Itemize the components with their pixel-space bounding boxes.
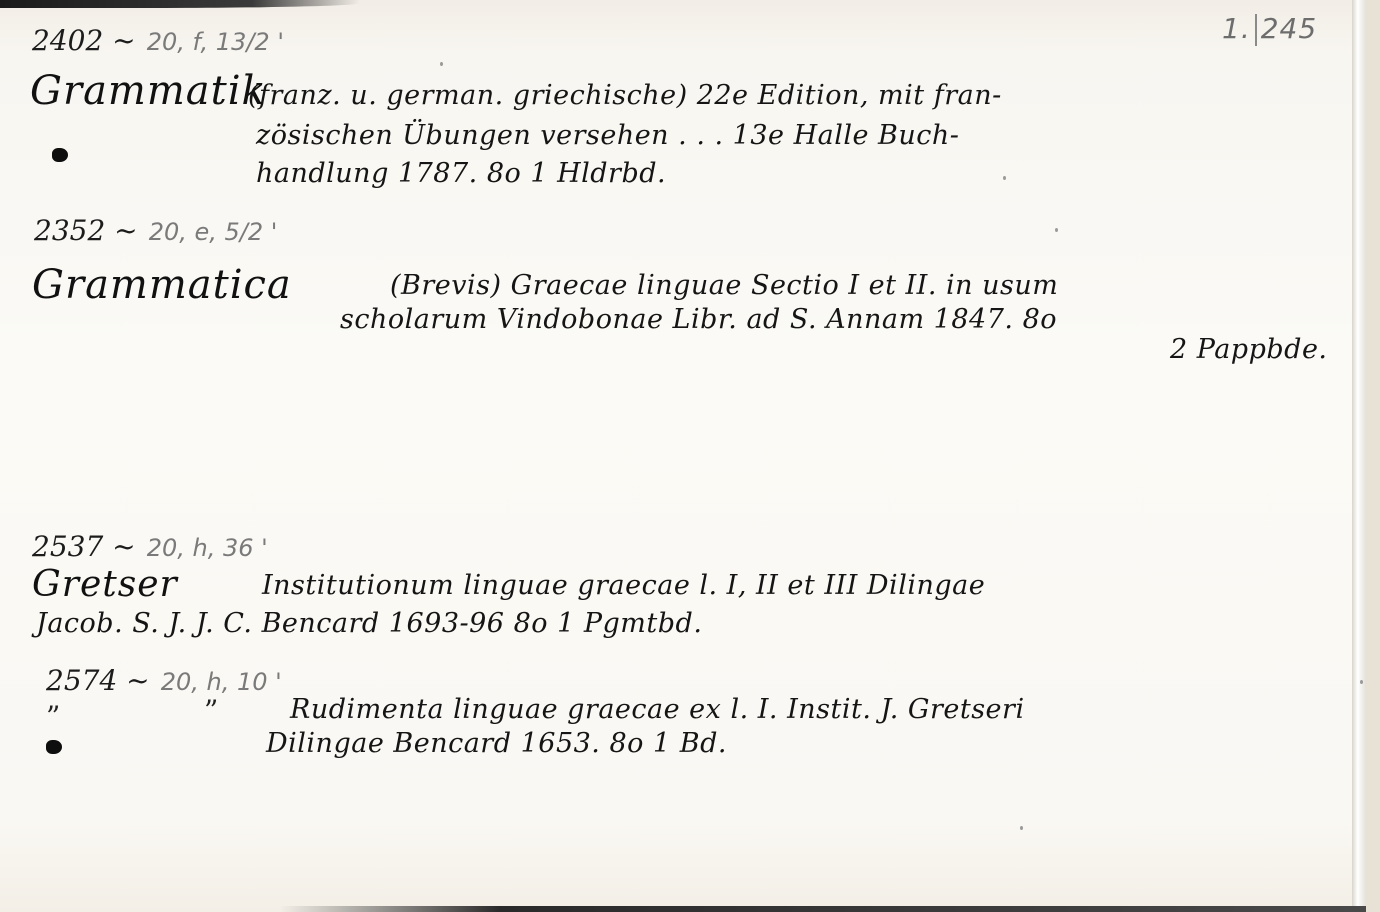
shelf-mark: 20, h, 36 ' xyxy=(147,534,268,562)
catalog-entry-1: 2402 ~ 20, f, 13/2 ' Grammatik (franz. u… xyxy=(0,0,1366,200)
punch-hole-mark xyxy=(46,740,62,754)
call-number: 2574 ~ xyxy=(46,664,150,697)
entry-line: scholarum Vindobonae Libr. ad S. Annam 1… xyxy=(340,304,1057,335)
catalog-entry-2: 2352 ~ 20, e, 5/2 ' Grammatica (Brevis) … xyxy=(0,200,1366,360)
entry-3-header: 2537 ~ 20, h, 36 ' xyxy=(32,530,268,563)
shelf-mark: 20, e, 5/2 ' xyxy=(149,218,278,246)
punch-hole-mark xyxy=(52,148,68,162)
paper-speck xyxy=(1020,826,1023,830)
entry-2-header: 2352 ~ 20, e, 5/2 ' xyxy=(34,214,277,247)
card-bottom-edge-shadow xyxy=(280,906,1366,912)
paper-speck xyxy=(440,62,443,66)
paper-speck xyxy=(1003,176,1006,180)
shelf-mark: 20, h, 10 ' xyxy=(161,668,282,696)
entry-heading: Gretser xyxy=(32,564,178,605)
entry-heading: Grammatica xyxy=(32,262,292,308)
call-number: 2402 ~ xyxy=(32,24,136,57)
entry-4-header: 2574 ~ 20, h, 10 ' xyxy=(46,664,282,697)
entry-1-header: 2402 ~ 20, f, 13/2 ' xyxy=(32,24,284,57)
ditto-mark-heading: ” xyxy=(204,694,218,727)
call-number: 2352 ~ xyxy=(34,214,138,247)
entry-line: Rudimenta linguae graecae ex l. I. Insti… xyxy=(290,694,1025,725)
entry-line: (Brevis) Graecae linguae Sectio I et II.… xyxy=(390,270,1058,301)
entry-line: 2 Pappbde. xyxy=(1170,334,1328,365)
entry-line: handlung 1787. 8o 1 Hldrbd. xyxy=(256,158,666,189)
shelf-mark: 20, f, 13/2 ' xyxy=(147,28,284,56)
entry-line: Dilingae Bencard 1653. 8o 1 Bd. xyxy=(266,728,727,759)
call-number: 2537 ~ xyxy=(32,530,136,563)
entry-line: Institutionum linguae graecae l. I, II e… xyxy=(262,570,985,601)
paper-speck xyxy=(1360,680,1363,684)
catalog-entry-4: 2574 ~ 20, h, 10 ' ” ” Rudimenta linguae… xyxy=(0,650,1366,780)
paper-speck xyxy=(1055,228,1058,232)
entry-line: (franz. u. german. griechische) 22e Edit… xyxy=(248,80,1002,111)
entry-line: Jacob. S. J. J. C. Bencard 1693-96 8o 1 … xyxy=(36,608,702,639)
ditto-mark-author: ” xyxy=(46,700,60,733)
entry-line: zösischen Übungen versehen . . . 13e Hal… xyxy=(256,120,959,151)
entry-heading: Grammatik xyxy=(30,68,267,114)
catalog-card: 1.245 2402 ~ 20, f, 13/2 ' Grammatik (fr… xyxy=(0,0,1366,912)
catalog-entry-3: 2537 ~ 20, h, 36 ' Gretser Institutionum… xyxy=(0,520,1366,640)
